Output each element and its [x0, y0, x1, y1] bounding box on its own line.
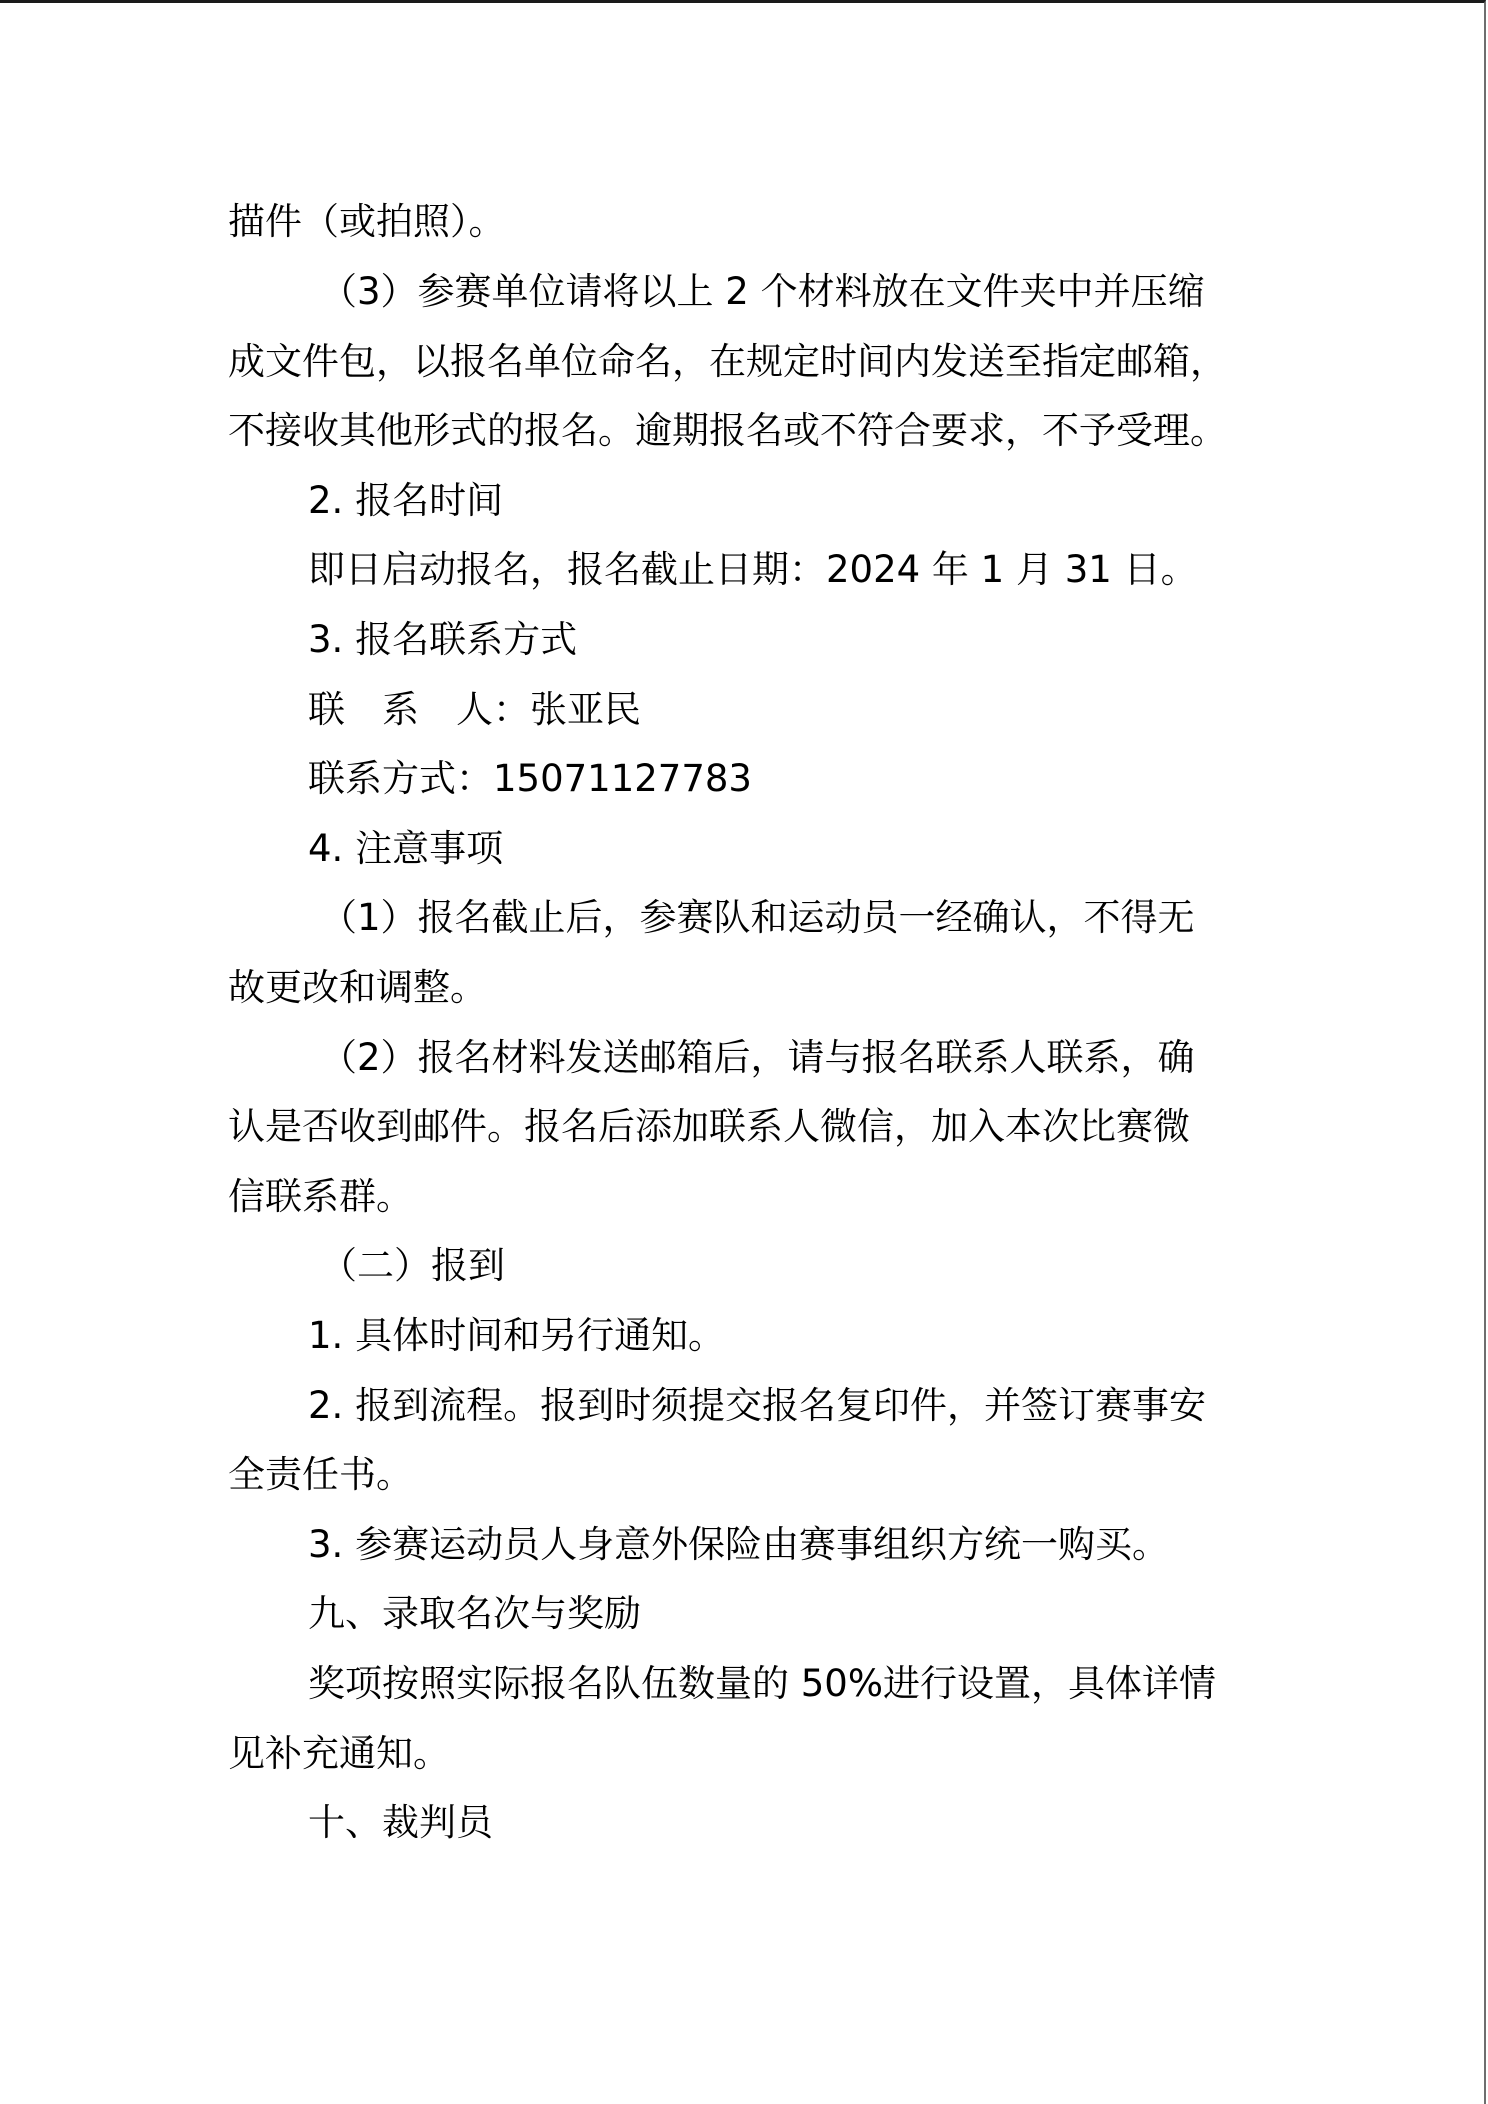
document-page: 描件（或拍照）。 （3）参赛单位请将以上 2 个材料放在文件夹中并压缩 成文件包… [0, 0, 1486, 2104]
paragraph-line: （1）报名截止后，参赛队和运动员一经确认，不得无 [320, 895, 1195, 941]
paragraph-line: 见补充通知。 [228, 1731, 450, 1777]
subheading: 3. 报名联系方式 [308, 617, 577, 663]
paragraph-line: 信联系群。 [228, 1174, 413, 1220]
subheading: 2. 报名时间 [308, 478, 503, 524]
contact-person: 联 系 人：张亚民 [308, 687, 641, 733]
paragraph-line: 描件（或拍照）。 [228, 199, 506, 245]
section-heading: 十、裁判员 [308, 1800, 493, 1846]
contact-phone: 联系方式：15071127783 [308, 756, 752, 802]
paragraph-line: （3）参赛单位请将以上 2 个材料放在文件夹中并压缩 [320, 269, 1205, 315]
paragraph-line: （2）报名材料发送邮箱后，请与报名联系人联系，确 [320, 1035, 1195, 1081]
paragraph-line: 3. 参赛运动员人身意外保险由赛事组织方统一购买。 [308, 1522, 1169, 1568]
paragraph-line: 故更改和调整。 [228, 965, 487, 1011]
paragraph-line: 1. 具体时间和另行通知。 [308, 1313, 725, 1359]
section-heading: 九、录取名次与奖励 [308, 1591, 641, 1637]
paragraph-line: 奖项按照实际报名队伍数量的 50%进行设置，具体详情 [308, 1661, 1216, 1707]
paragraph-line: 全责任书。 [228, 1452, 413, 1498]
paragraph-line: 成文件包，以报名单位命名，在规定时间内发送至指定邮箱， [228, 339, 1227, 385]
paragraph-line: 2. 报到流程。报到时须提交报名复印件，并签订赛事安 [308, 1383, 1206, 1429]
paragraph-line: 不接收其他形式的报名。逾期报名或不符合要求，不予受理。 [228, 408, 1227, 454]
paragraph-line: 即日启动报名，报名截止日期：2024 年 1 月 31 日。 [308, 547, 1198, 593]
section-heading: （二）报到 [320, 1243, 505, 1289]
subheading: 4. 注意事项 [308, 826, 503, 872]
paragraph-line: 认是否收到邮件。报名后添加联系人微信，加入本次比赛微 [228, 1104, 1190, 1150]
